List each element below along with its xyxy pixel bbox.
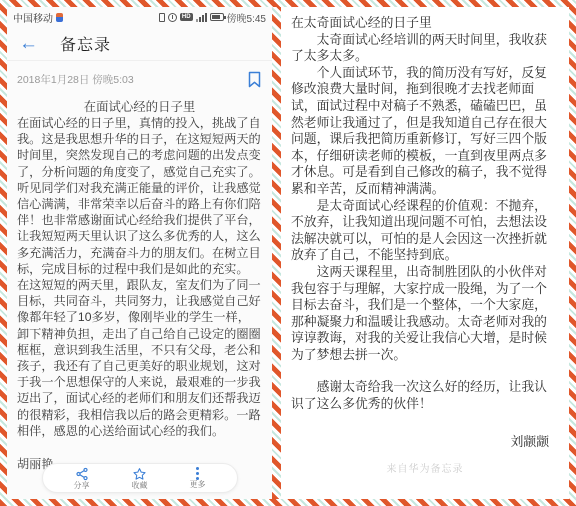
star-icon [132, 467, 147, 481]
status-time: 傍晚5:45 [227, 10, 266, 25]
app-title: 备忘录 [60, 32, 111, 55]
note-paragraph: 听见同学们对我充满正能量的评价，让我感觉信心满满，非常荣幸以后奋斗的路上有你们陪… [17, 180, 262, 277]
note-toolbar: 分享 收藏 更多 [42, 463, 238, 493]
hd-icon: HD [180, 13, 193, 21]
share-icon [75, 467, 89, 481]
memo-header: ← 备忘录 [7, 27, 272, 61]
back-arrow-icon[interactable]: ← [19, 34, 38, 53]
watermark-text: 来自华为备忘录 [281, 460, 569, 475]
page-paragraph: 感谢太奇给我一次这么好的经历，让我认识了这么多优秀的伙伴！ [291, 379, 559, 412]
note-area: 2018年1月28日 傍晚5:03 在面试心经的日子里 在面试心经的日子里，真情… [7, 61, 272, 499]
note-date: 2018年1月28日 傍晚5:03 [17, 72, 134, 87]
text-page-panel: 在太奇面试心经的日子里 太奇面试心经培训的两天时间里，我收获了太多太多。 个人面… [281, 7, 569, 499]
page-body: 太奇面试心经培训的两天时间里，我收获了太多太多。 个人面试环节，我的简历没有写好… [291, 32, 559, 413]
striped-divider [272, 7, 281, 499]
share-button[interactable]: 分享 [74, 467, 90, 490]
signal-icon [196, 13, 207, 22]
status-bar: 中国移动 HD 傍晚5:45 [7, 7, 272, 27]
more-button[interactable]: 更多 [190, 467, 206, 489]
alarm-icon [168, 13, 177, 22]
note-title: 在面试心经的日子里 [17, 97, 262, 115]
page-paragraph: 这两天课程里，出奇制胜团队的小伙伴对我包容于与理解，大家拧成一股绳，为了一个目标… [291, 264, 559, 364]
memo-app-panel: 中国移动 HD 傍晚5:45 ← 备忘录 2018年1月28日 傍晚5:03 [7, 7, 272, 499]
note-paragraph: 在这短短的两天里，跟队友，室友们为了同一目标，共同奋斗，共同努力，让我感觉自己好… [17, 277, 262, 439]
page-signature: 刘颛颛 [291, 431, 559, 450]
carrier-badge-icon [56, 13, 63, 22]
battery-icon [210, 13, 224, 21]
vertical-dots-icon [196, 467, 199, 480]
share-label: 分享 [74, 482, 90, 490]
carrier-label: 中国移动 [13, 10, 53, 25]
page-paragraph: 太奇面试心经培训的两天时间里，我收获了太多太多。 [291, 32, 559, 65]
vibrate-icon [159, 13, 165, 22]
favorite-label: 收藏 [132, 482, 148, 490]
striped-frame: 中国移动 HD 傍晚5:45 ← 备忘录 2018年1月28日 傍晚5:03 [0, 0, 576, 506]
page-paragraph: 是太奇面试心经课程的价值观：不抛弃，不放弃，让我知道出现问题不可怕，去想法设法解… [291, 198, 559, 264]
bookmark-icon[interactable] [247, 71, 262, 88]
note-body: 在面试心经的日子里，真情的投入，挑战了自我。这是我思想升华的日子，在这短短两天的… [17, 115, 262, 439]
note-paragraph: 在面试心经的日子里，真情的投入，挑战了自我。这是我思想升华的日子，在这短短两天的… [17, 115, 262, 180]
favorite-button[interactable]: 收藏 [132, 467, 148, 490]
more-label: 更多 [190, 481, 206, 489]
page-title: 在太奇面试心经的日子里 [291, 15, 559, 32]
page-paragraph: 个人面试环节，我的简历没有写好，反复修改浪费大量时间，拖到很晚才去找老师面试，面… [291, 65, 559, 198]
